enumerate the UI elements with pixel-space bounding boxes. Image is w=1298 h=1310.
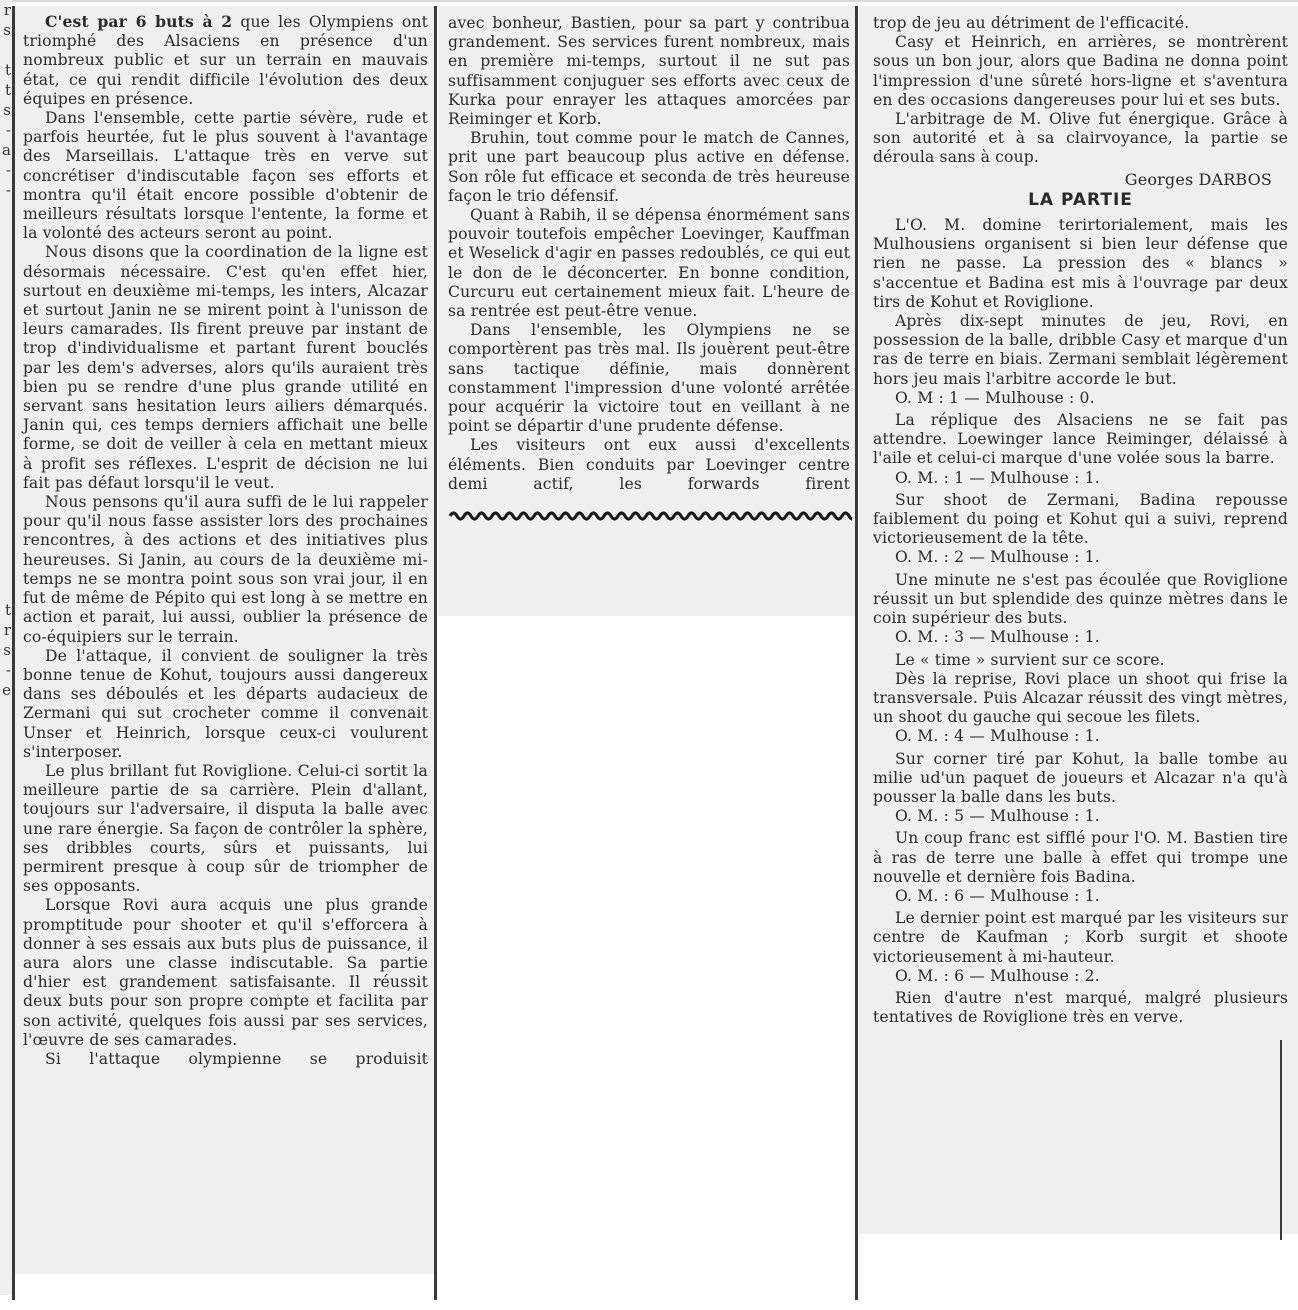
fragment-char [0,220,12,240]
lead-phrase: C'est par 6 buts à 2 [45,12,232,31]
fragment-char: - [0,660,12,680]
fragment-char: s [0,20,12,40]
article-column-2: avec bonheur, Bastien, pour sa part y co… [438,6,856,616]
lead-paragraph: C'est par 6 buts à 2 que les Olympiens o… [23,12,428,109]
score-line: O. M. : 6 — Mulhouse : 1. [873,887,1288,906]
score-line: O. M : 1 — Mulhouse : 0. [873,389,1288,408]
fragment-char [0,560,12,580]
report-paragraph: Après dix-sept minutes de jeu, Rovi, en … [873,312,1288,389]
left-fragment-column: rs tts-a-- trs-e [0,0,12,1295]
paragraph: Nous disons que la coordination de la li… [23,243,428,493]
report-paragraph: Sur corner tiré par Kohut, la balle tomb… [873,750,1288,808]
fragment-char: s [0,640,12,660]
article-column-3: trop de jeu au détriment de l'efficacité… [859,6,1298,1234]
fragment-char [0,340,12,360]
fragment-char [0,260,12,280]
fragment-char: t [0,80,12,100]
report-paragraph: Le « time » survient sur ce score. [873,651,1288,670]
fragment-char [0,320,12,340]
report-paragraph: La réplique des Alsaciens ne se fait pas… [873,411,1288,469]
report-paragraph: L'O. M. domine terirtorialement, mais le… [873,216,1288,312]
score-line: O. M. : 5 — Mulhouse : 1. [873,807,1288,826]
column-rule-middle-right [855,6,858,1300]
fragment-char: e [0,680,12,700]
match-report: L'O. M. domine terirtorialement, mais le… [873,216,1288,1027]
report-paragraph: Sur shoot de Zermani, Badina repousse fa… [873,491,1288,549]
fragment-char [0,380,12,400]
column-rule-right [1280,1040,1282,1240]
wavy-separator [448,508,852,524]
fragment-char: r [0,0,12,20]
score-line: O. M. : 3 — Mulhouse : 1. [873,628,1288,647]
fragment-char [0,540,12,560]
score-line: O. M. : 2 — Mulhouse : 1. [873,548,1288,567]
paragraph-continuation: trop de jeu au détriment de l'efficacité… [873,14,1288,33]
paragraph: Les visiteurs ont eux aussi d'excellents… [448,436,850,494]
fragment-char [0,240,12,260]
newspaper-scan: rs tts-a-- trs-e C'est par 6 buts à 2 qu… [0,0,1298,1310]
fragment-char: - [0,160,12,180]
paragraph: Casy et Heinrich, en arrières, se montrè… [873,33,1288,110]
score-line: O. M. : 4 — Mulhouse : 1. [873,727,1288,746]
fragment-char: s [0,100,12,120]
score-line: O. M. : 6 — Mulhouse : 2. [873,967,1288,986]
paragraph: Bruhin, tout comme pour le match de Cann… [448,129,850,206]
column-rule-middle-left [434,6,437,1300]
author-byline: Georges DARBOS [873,170,1288,189]
paragraph-continuation: avec bonheur, Bastien, pour sa part y co… [448,14,850,129]
paragraph: Lorsque Rovi aura acquis une plus grande… [23,896,428,1050]
report-paragraph: Un coup franc est sifflé pour l'O. M. Ba… [873,829,1288,887]
fragment-char [0,580,12,600]
report-paragraph: Dès la reprise, Rovi place un shoot qui … [873,670,1288,728]
fragment-char: r [0,620,12,640]
paragraph: Le plus brillant fut Roviglione. Celui-c… [23,762,428,896]
fragment-char [0,40,12,60]
article-column-1: C'est par 6 buts à 2 que les Olympiens o… [15,6,434,1274]
report-paragraph: Le dernier point est marqué par les visi… [873,909,1288,967]
fragment-char [0,360,12,380]
report-paragraph: Rien d'autre n'est marqué, malgré plusie… [873,989,1288,1027]
paragraph: Si l'attaque olympienne se produisit [23,1050,428,1069]
fragment-char: t [0,60,12,80]
fragment-char [0,300,12,320]
paragraph: Nous pensons qu'il aura suffi de le lui … [23,493,428,647]
top-edge [0,0,1298,2]
paragraph: Dans l'ensemble, les Olympiens ne se com… [448,321,850,436]
fragment-char [0,200,12,220]
fragment-char [0,460,12,480]
fragment-char: t [0,600,12,620]
fragment-char [0,520,12,540]
fragment-char: - [0,120,12,140]
paragraph: Quant à Rabih, il se dépensa énormément … [448,206,850,321]
fragment-char [0,400,12,420]
paragraph: L'arbitrage de M. Olive fut énergique. G… [873,110,1288,168]
report-paragraph: Une minute ne s'est pas écoulée que Rovi… [873,571,1288,629]
fragment-char [0,280,12,300]
paragraph: De l'attaque, il convient de souligner l… [23,647,428,762]
fragment-char [0,440,12,460]
score-line: O. M. : 1 — Mulhouse : 1. [873,469,1288,488]
paragraph: Dans l'ensemble, cette partie sévère, ru… [23,109,428,243]
fragment-char: - [0,180,12,200]
fragment-char [0,420,12,440]
section-heading: LA PARTIE [873,191,1288,210]
fragment-char [0,500,12,520]
fragment-char [0,480,12,500]
fragment-char: a [0,140,12,160]
